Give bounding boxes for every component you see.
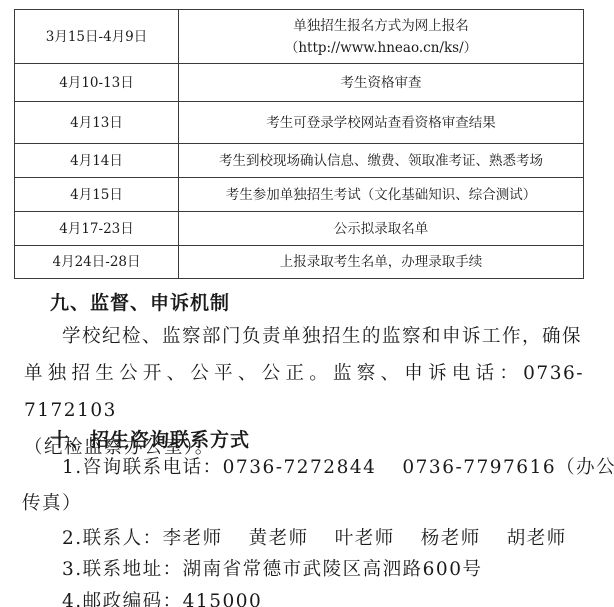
event-cell: 上报录取考生名单，办理录取手续 [179,246,584,279]
event-cell: 公示拟录取名单 [179,212,584,246]
contact-persons-item: 2.联系人：李老师黄老师叶老师杨老师胡老师 [62,527,567,551]
paragraph-line: 单独招生公开、公平、公正。监察、申诉电话：0736-7172103 [24,355,584,429]
contact-phone-item: 1.咨询联系电话：0736-72728440736-7797616（办公兼 [62,456,614,480]
contact-person: 李老师 [163,528,223,549]
table-row: 4月14日 考生到校现场确认信息、缴费、领取准考证、熟悉考场 [15,144,584,178]
table-row: 4月24日-28日 上报录取考生名单，办理录取手续 [15,246,584,279]
date-cell: 4月17-23日 [15,212,179,246]
phone-fax-number: 0736-7797616（办公兼 [402,457,614,478]
event-cell: 考生可登录学校网站查看资格审查结果 [179,102,584,144]
registration-url: （http://www.hneao.cn/ks/） [179,37,583,59]
event-cell: 考生到校现场确认信息、缴费、领取准考证、熟悉考场 [179,144,584,178]
table-row: 4月15日 考生参加单独招生考试（文化基础知识、综合测试） [15,178,584,212]
item-label: 1.咨询联系电话： [62,457,223,478]
date-cell: 4月14日 [15,144,179,178]
table-row: 3月15日-4月9日 单独招生报名方式为网上报名 （http://www.hne… [15,10,584,64]
event-text: 单独招生报名方式为网上报名 [179,15,583,37]
table-row: 4月13日 考生可登录学校网站查看资格审查结果 [15,102,584,144]
section-heading-supervision: 九、监督、申诉机制 [50,288,230,315]
event-cell: 考生参加单独招生考试（文化基础知识、综合测试） [179,178,584,212]
event-cell: 单独招生报名方式为网上报名 （http://www.hneao.cn/ks/） [179,10,584,64]
event-cell: 考生资格审查 [179,64,584,102]
table-row: 4月10-13日 考生资格审查 [15,64,584,102]
section-heading-contact: 十、招生咨询联系方式 [50,425,250,452]
paragraph-line: 学校纪检、监察部门负责单独招生的监察和申诉工作，确保 [24,318,584,355]
date-cell: 4月24日-28日 [15,246,179,279]
date-cell: 3月15日-4月9日 [15,10,179,64]
date-cell: 4月13日 [15,102,179,144]
contact-address-item: 3.联系地址：湖南省常德市武陵区高泗路600号 [62,558,482,582]
item-label: 2.联系人： [62,528,163,549]
phone-number: 0736-7272844 [223,457,377,478]
contact-person: 杨老师 [421,528,481,549]
table-row: 4月17-23日 公示拟录取名单 [15,212,584,246]
date-cell: 4月10-13日 [15,64,179,102]
contact-person: 叶老师 [335,528,395,549]
schedule-table: 3月15日-4月9日 单独招生报名方式为网上报名 （http://www.hne… [14,9,584,279]
date-cell: 4月15日 [15,178,179,212]
contact-phone-continuation: 传真） [22,492,82,516]
postal-code-item: 4.邮政编码：415000 [62,590,262,607]
contact-person: 胡老师 [507,528,567,549]
contact-person: 黄老师 [249,528,309,549]
